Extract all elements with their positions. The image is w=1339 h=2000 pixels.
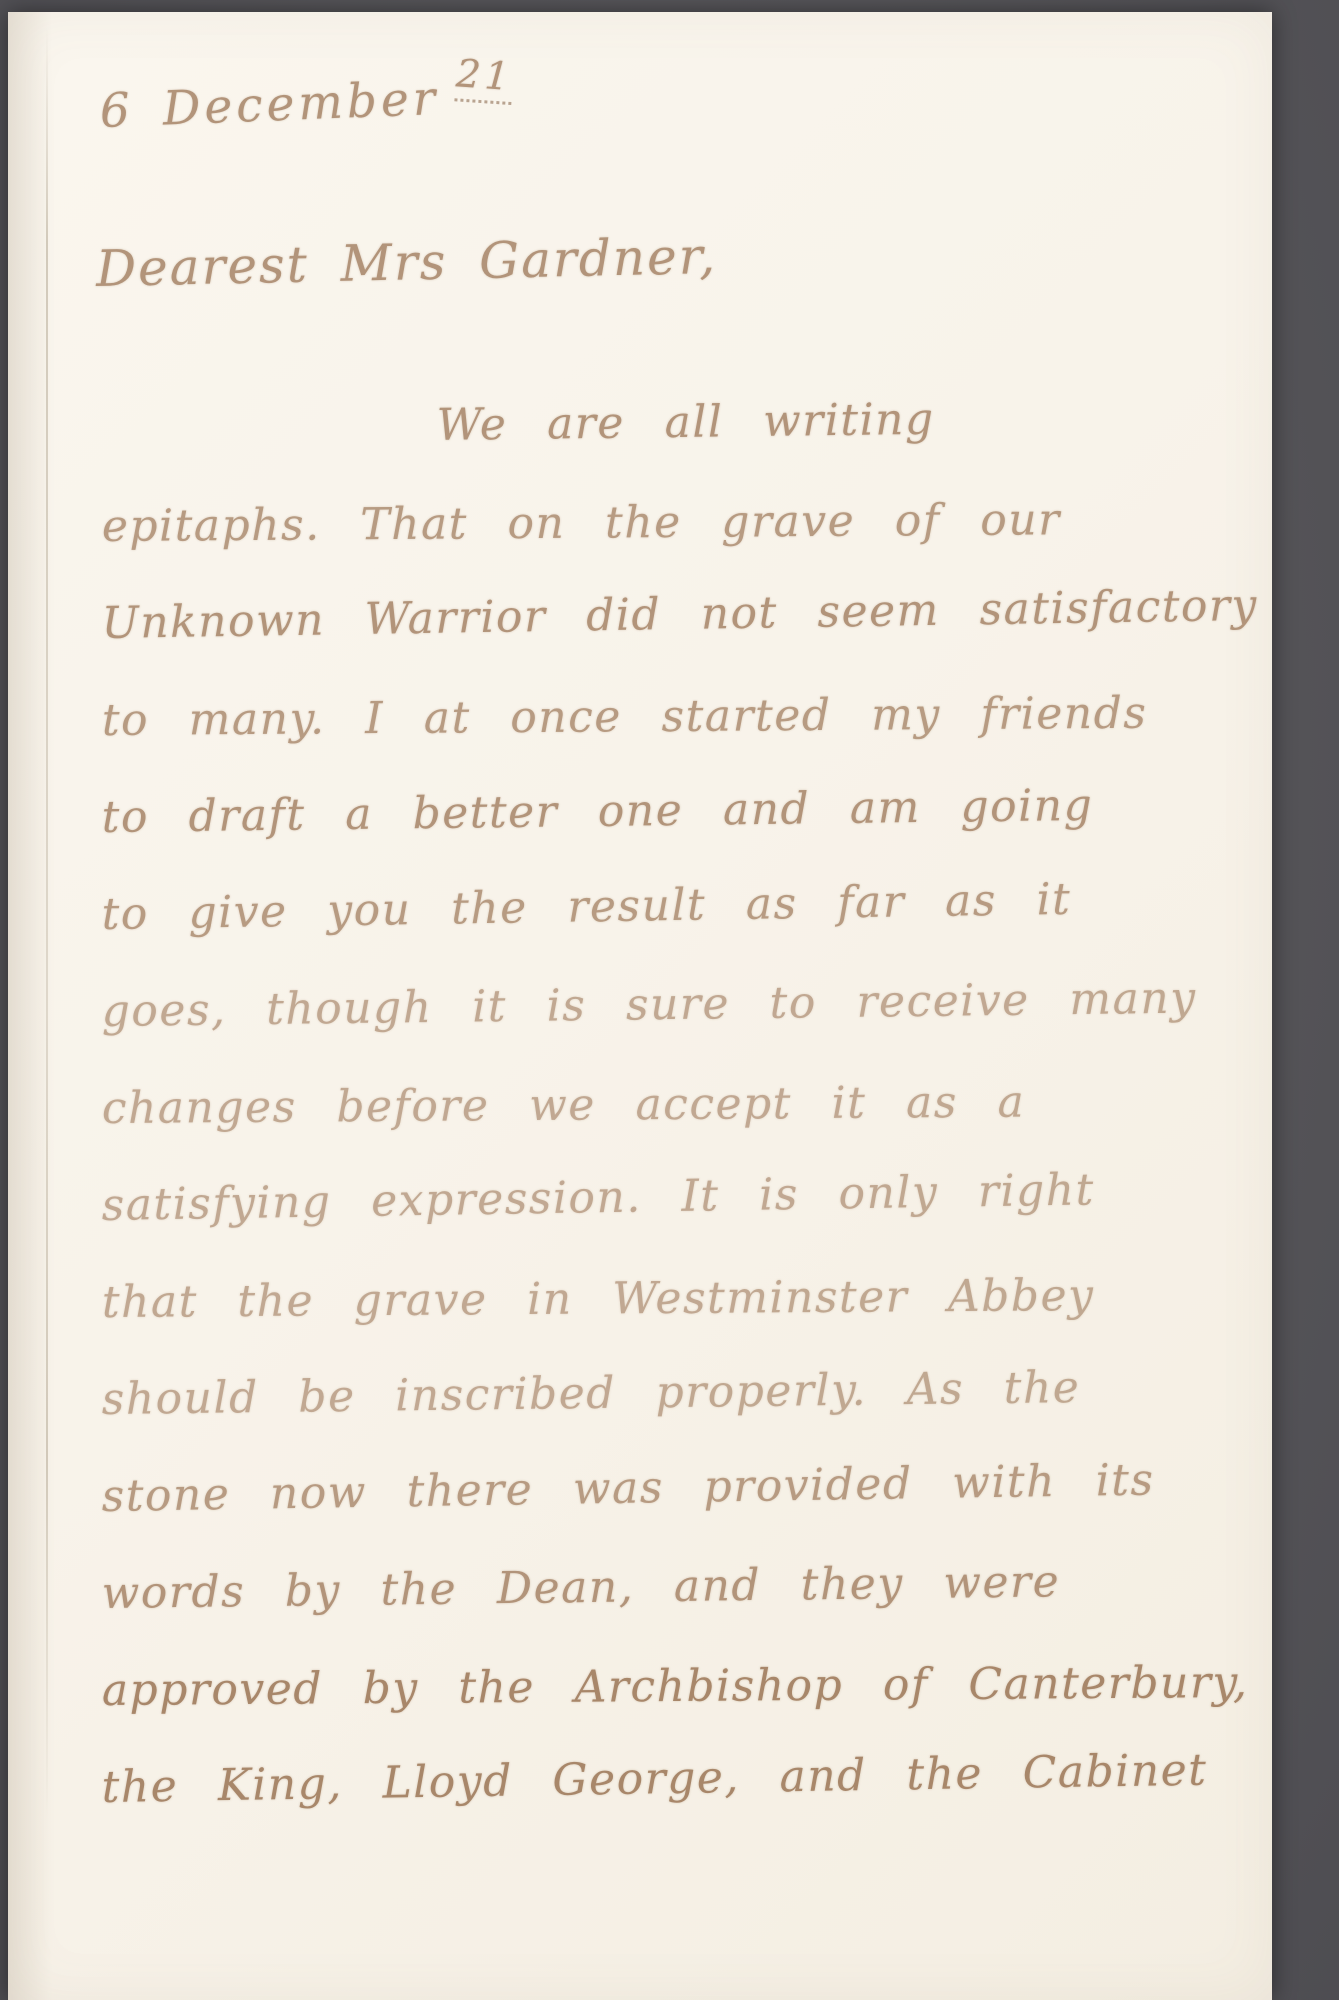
letter-page: 6 December21 Dearest Mrs Gardner, We are…	[8, 12, 1272, 2000]
letter-line: We are all writing	[101, 390, 1212, 501]
letter-line: goes, though it is sure to receive many	[101, 972, 1212, 1083]
letter-line: that the grave in Westminster Abbey	[102, 1269, 1213, 1374]
letter-line: Unknown Warrior did not seem satisfactor…	[101, 581, 1212, 695]
page-fold-shade	[8, 12, 52, 2000]
date-year-superscript: 21	[455, 51, 515, 105]
letter-line: satisfying expression. It is only right	[101, 1163, 1212, 1277]
salutation: Dearest Mrs Gardner,	[95, 227, 717, 298]
date-text: 6 December	[99, 71, 440, 139]
letter-line: to draft a better one and am going	[101, 778, 1212, 889]
page-fold-crease	[46, 27, 48, 1820]
letter-line: the King, Lloyd George, and the Cabinet	[101, 1745, 1212, 1859]
date-line: 6 December21	[99, 68, 515, 142]
letter-line: words by the Dean, and they were	[101, 1554, 1212, 1665]
letter-line: stone now there was provided with its	[101, 1454, 1212, 1568]
letter-body: We are all writing epitaphs. That on the…	[102, 404, 1212, 1859]
letter-line: to many. I at once started my friends	[102, 687, 1213, 792]
letter-line: to give you the result as far as it	[101, 872, 1212, 986]
letter-line: should be inscribed properly. As the	[101, 1360, 1212, 1471]
